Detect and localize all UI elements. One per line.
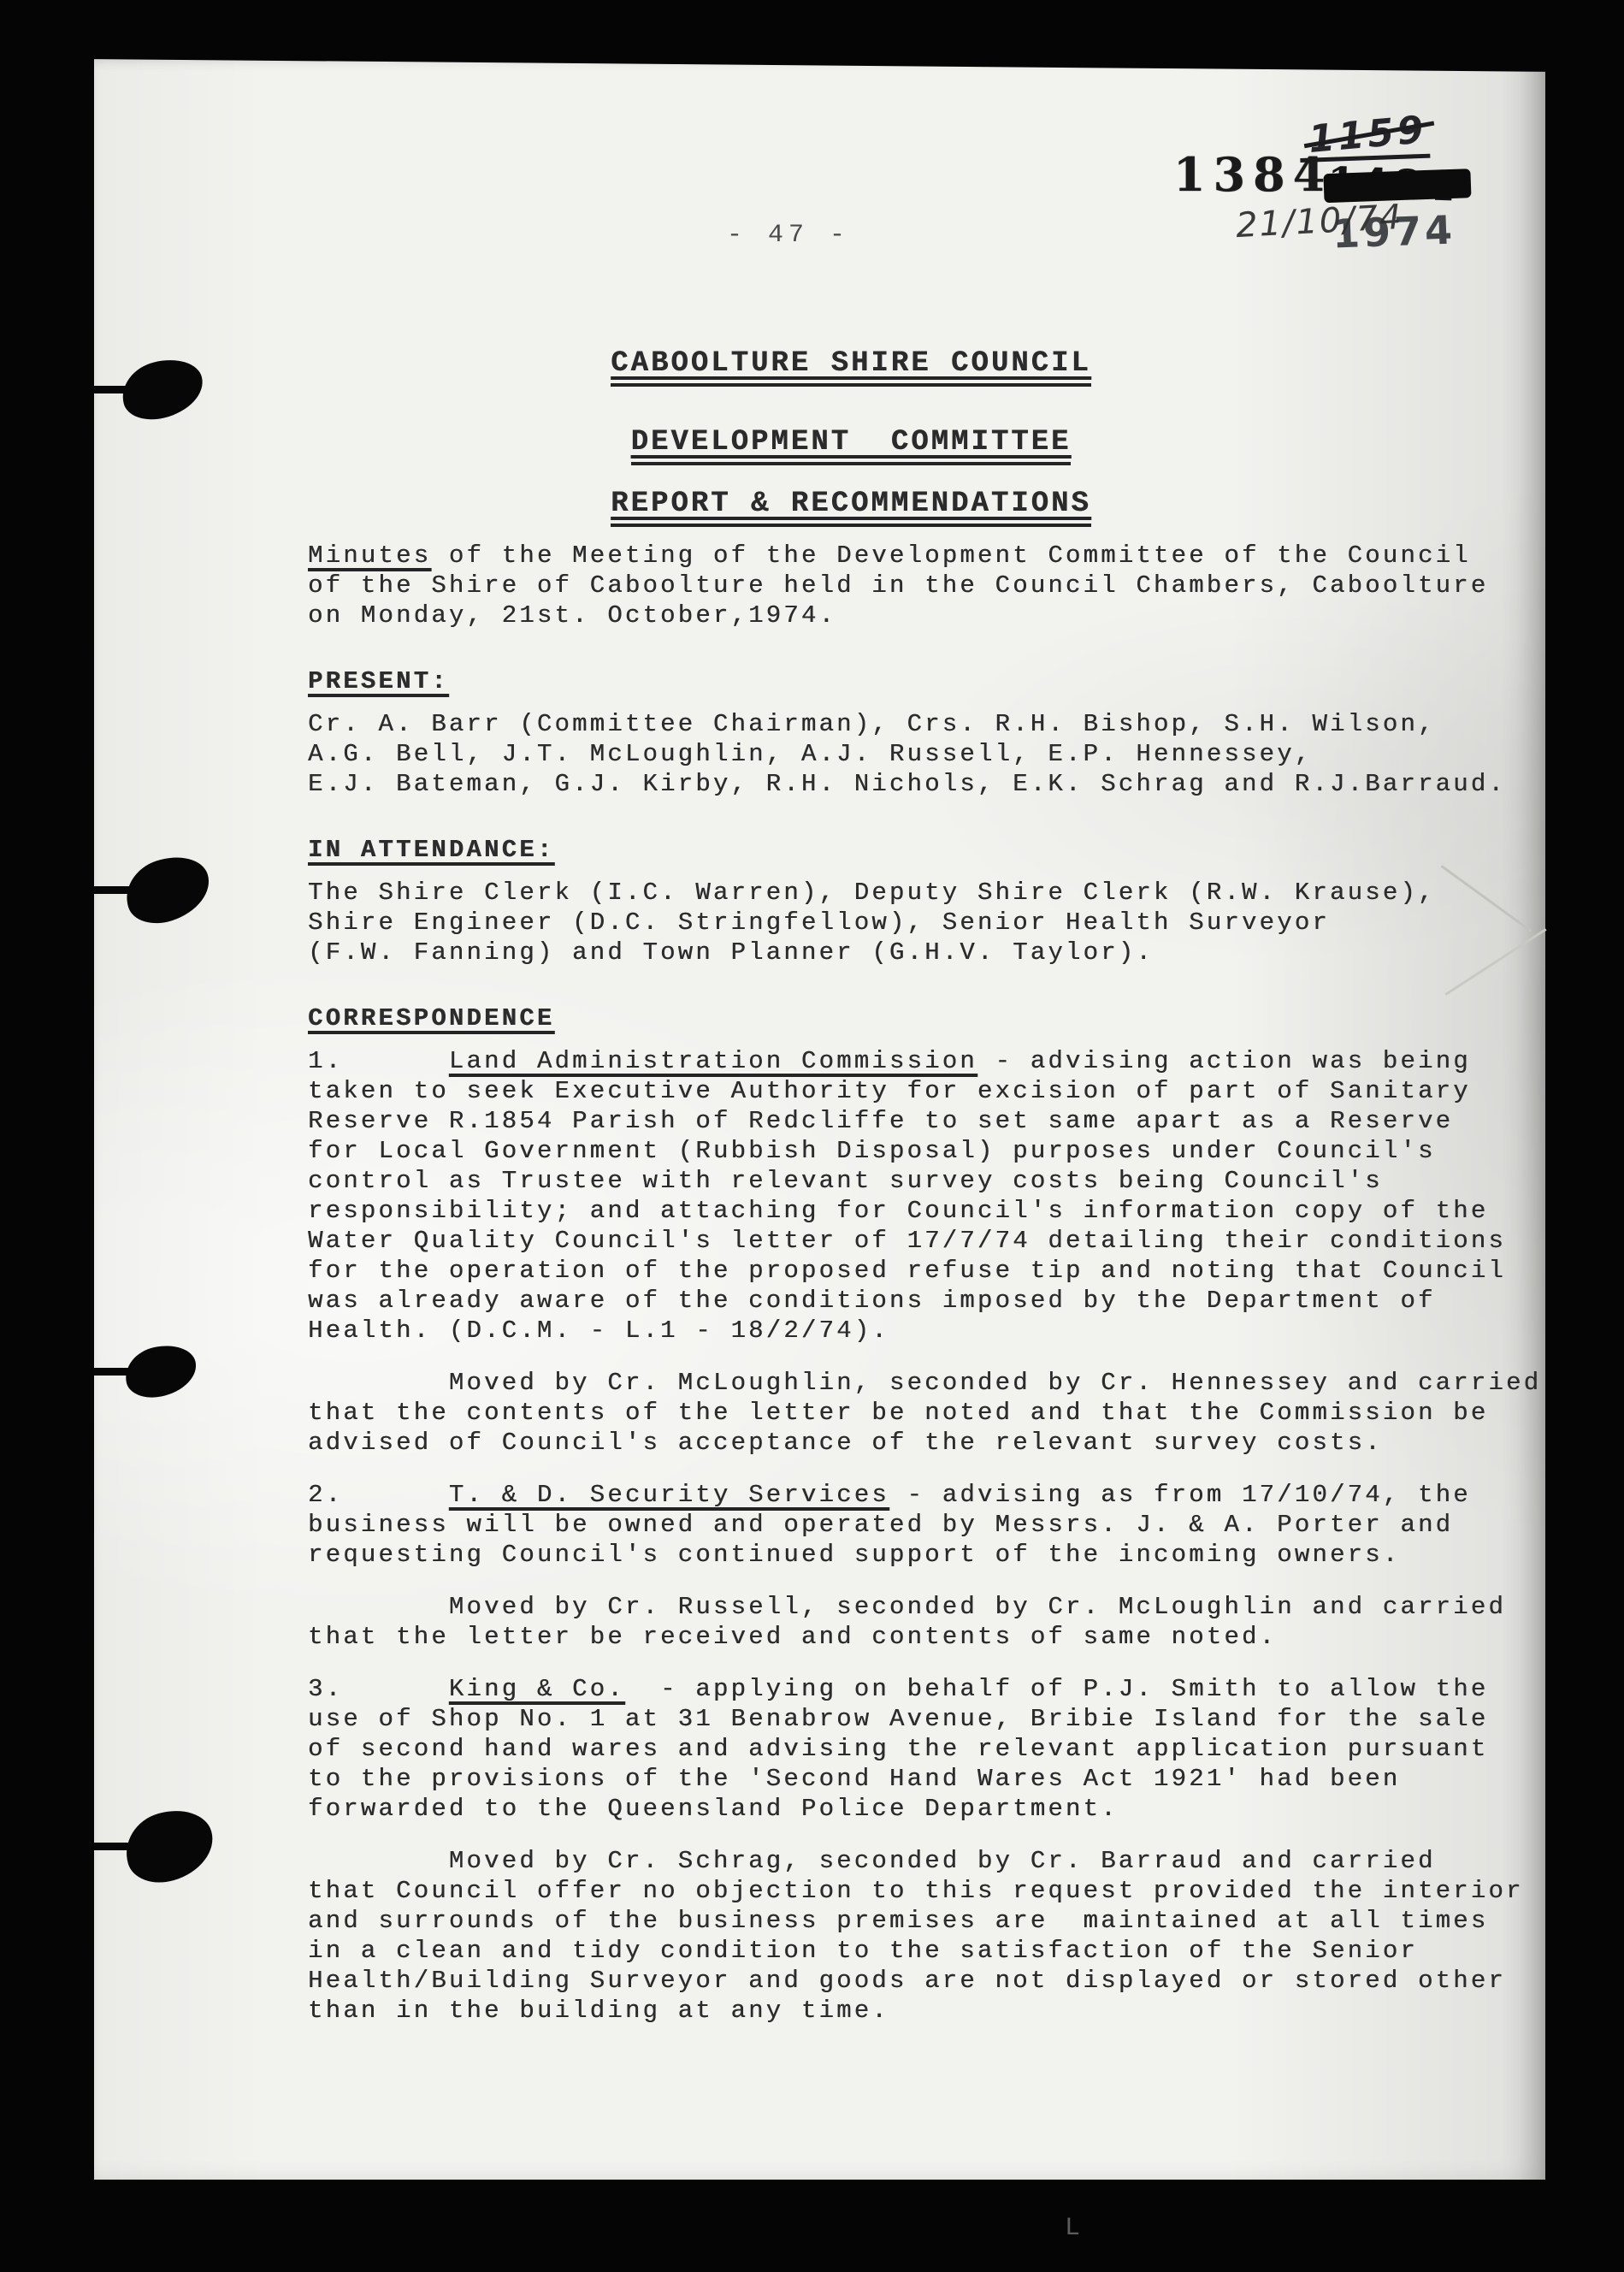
paragraph-text: Moved by Cr. Russell, seconded by Cr. Mc… xyxy=(308,1593,1506,1651)
heading-text: PRESENT: xyxy=(308,667,449,695)
paper-crease xyxy=(1424,868,1552,1022)
paragraph-text: Moved by Cr. Schrag, seconded by Cr. Bar… xyxy=(308,1847,1524,2025)
underlined-lead: King & Co. xyxy=(449,1675,625,1703)
heading-text: CORRESPONDENCE xyxy=(308,1004,554,1032)
item-number: 1. xyxy=(308,1047,449,1075)
paragraph-text: - advising action was being taken to see… xyxy=(308,1047,1506,1345)
paragraph: The Shire Clerk (I.C. Warren), Deputy Sh… xyxy=(308,878,1543,967)
paragraph: 2. T. & D. Security Services - advising … xyxy=(308,1480,1543,1570)
council-title: CABOOLTURE SHIRE COUNCIL xyxy=(295,347,1407,387)
paragraph: Cr. A. Barr (Committee Chairman), Crs. R… xyxy=(308,709,1543,799)
document-body: Minutes of the Meeting of the Developmen… xyxy=(308,541,1543,2026)
page-number: - 47 - xyxy=(727,221,850,250)
item-number: 3. xyxy=(308,1675,449,1703)
punch-hole-icon xyxy=(117,847,217,932)
paragraph: Moved by Cr. McLoughlin, seconded by Cr.… xyxy=(308,1368,1543,1458)
section-heading: CORRESPONDENCE xyxy=(308,1003,1543,1033)
paper-sheet: - 47 - 1159 1384 1484 21/10/74 1974 CABO… xyxy=(94,51,1545,2180)
paragraph-text: Moved by Cr. McLoughlin, seconded by Cr.… xyxy=(308,1369,1541,1457)
scan-artifact-mark: L xyxy=(1065,2214,1080,2243)
paragraph-text: of the Meeting of the Development Commit… xyxy=(308,541,1488,630)
punch-hole-icon xyxy=(115,352,209,426)
punch-hole-icon xyxy=(117,1801,221,1891)
paragraph-text: Cr. A. Barr (Committee Chairman), Crs. R… xyxy=(308,710,1506,798)
section-heading: PRESENT: xyxy=(308,666,1543,696)
paragraph: 1. Land Administration Commission - advi… xyxy=(308,1046,1543,1346)
paragraph: Moved by Cr. Schrag, seconded by Cr. Bar… xyxy=(308,1846,1543,2026)
underlined-lead: Minutes xyxy=(308,541,431,570)
paragraph: Moved by Cr. Russell, seconded by Cr. Mc… xyxy=(308,1592,1543,1652)
paragraph: Minutes of the Meeting of the Developmen… xyxy=(308,541,1543,630)
heading-text: IN ATTENDANCE: xyxy=(308,836,554,864)
committee-title: DEVELOPMENT COMMITTEE xyxy=(295,426,1407,465)
scanned-document-page: - 47 - 1159 1384 1484 21/10/74 1974 CABO… xyxy=(0,0,1624,2272)
section-heading: IN ATTENDANCE: xyxy=(308,835,1543,865)
paragraph: 3. King & Co. - applying on behalf of P.… xyxy=(308,1674,1543,1824)
year-stamp: 1974 xyxy=(1332,207,1456,257)
underlined-lead: T. & D. Security Services xyxy=(449,1481,889,1509)
item-number: 2. xyxy=(308,1481,449,1509)
paragraph-text: The Shire Clerk (I.C. Warren), Deputy Sh… xyxy=(308,879,1436,967)
punch-hole-icon xyxy=(121,1340,201,1403)
title-block: CABOOLTURE SHIRE COUNCIL DEVELOPMENT COM… xyxy=(295,347,1407,527)
underlined-lead: Land Administration Commission xyxy=(449,1047,977,1075)
report-title: REPORT & RECOMMENDATIONS xyxy=(295,488,1407,527)
document-number: 1384 xyxy=(1173,147,1332,202)
